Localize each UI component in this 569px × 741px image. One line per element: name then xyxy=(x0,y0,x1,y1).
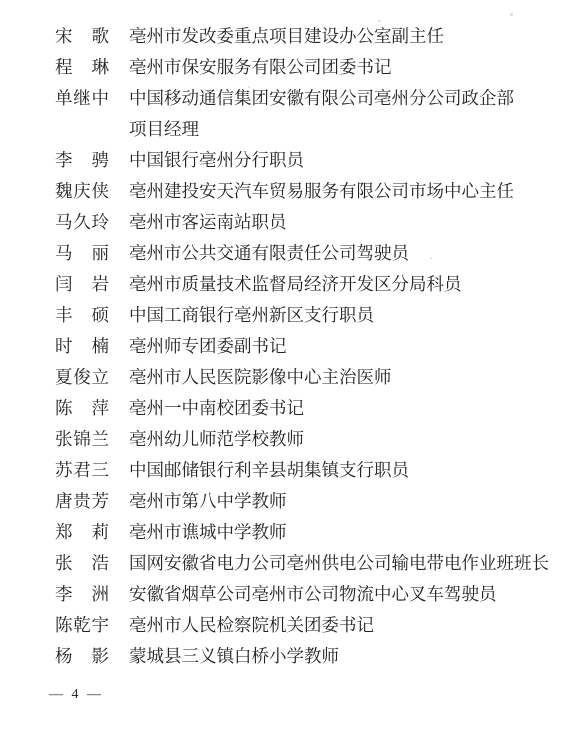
person-title: 亳州幼儿师范学校教师 xyxy=(129,424,559,455)
person-title: 中国邮储银行利辛县胡集镇支行职员 xyxy=(129,455,559,486)
person-title: 亳州市公共交通有限责任公司驾驶员 xyxy=(129,238,559,269)
scan-speckle xyxy=(510,13,513,16)
person-name: 陈萍 xyxy=(55,393,109,424)
person-name: 李骋 xyxy=(55,145,109,176)
person-title: 亳州市保安服务有限公司团委书记 xyxy=(129,52,559,83)
person-name: 程琳 xyxy=(55,52,109,83)
roster-row: 宋歌 亳州市发改委重点项目建设办公室副主任 xyxy=(55,21,569,52)
person-title: 中国银行亳州分行职员 xyxy=(129,145,559,176)
roster-row: 闫岩 亳州市质量技术监督局经济开发区分局科员 xyxy=(55,269,569,300)
document-page: 宋歌 亳州市发改委重点项目建设办公室副主任 程琳 亳州市保安服务有限公司团委书记… xyxy=(0,0,569,703)
roster-row: 张浩 国网安徽省电力公司亳州供电公司输电带电作业班班长 xyxy=(55,548,569,579)
person-title: 亳州市谯城中学教师 xyxy=(129,517,559,548)
person-name: 张锦兰 xyxy=(55,424,109,455)
person-title: 亳州市人民医院影像中心主治医师 xyxy=(129,362,559,393)
person-name: 杨影 xyxy=(55,641,109,672)
roster-row: 苏君三 中国邮储银行利辛县胡集镇支行职员 xyxy=(55,455,569,486)
person-title: 亳州师专团委副书记 xyxy=(129,331,559,362)
roster-row: 郑莉 亳州市谯城中学教师 xyxy=(55,517,569,548)
roster-row: 张锦兰 亳州幼儿师范学校教师 xyxy=(55,424,569,455)
person-name: 苏君三 xyxy=(55,455,109,486)
person-name: 宋歌 xyxy=(55,21,109,52)
person-name: 郑莉 xyxy=(55,517,109,548)
roster-row: 马久玲 亳州市客运南站职员 xyxy=(55,207,569,238)
roster-row: 程琳 亳州市保安服务有限公司团委书记 xyxy=(55,52,569,83)
scan-speckle xyxy=(430,257,432,259)
scan-speckle xyxy=(140,346,142,348)
person-title: 亳州市客运南站职员 xyxy=(129,207,559,238)
person-name: 夏俊立 xyxy=(55,362,109,393)
roster-row: 单继中 中国移动通信集团安徽有限公司亳州分公司政企部 项目经理 xyxy=(55,83,569,145)
roster-row: 魏庆侠 亳州建投安天汽车贸易服务有限公司市场中心主任 xyxy=(55,176,569,207)
person-title: 亳州市质量技术监督局经济开发区分局科员 xyxy=(129,269,559,300)
roster-row: 唐贵芳 亳州市第八中学教师 xyxy=(55,486,569,517)
person-title: 亳州市人民检察院机关团委书记 xyxy=(129,610,559,641)
roster-row: 丰硕 中国工商银行亳州新区支行职员 xyxy=(55,300,569,331)
roster-row: 马丽 亳州市公共交通有限责任公司驾驶员 xyxy=(55,238,569,269)
person-name: 闫岩 xyxy=(55,269,109,300)
scan-speckle xyxy=(378,20,381,22)
person-title: 亳州建投安天汽车贸易服务有限公司市场中心主任 xyxy=(129,176,559,207)
roster-row: 夏俊立 亳州市人民医院影像中心主治医师 xyxy=(55,362,569,393)
person-title: 安徽省烟草公司亳州市公司物流中心叉车驾驶员 xyxy=(129,579,559,610)
person-title: 亳州一中南校团委书记 xyxy=(129,393,559,424)
roster-row: 李洲 安徽省烟草公司亳州市公司物流中心叉车驾驶员 xyxy=(55,579,569,610)
roster-row: 李骋 中国银行亳州分行职员 xyxy=(55,145,569,176)
person-title: 亳州市发改委重点项目建设办公室副主任 xyxy=(129,21,559,52)
person-name: 李洲 xyxy=(55,579,109,610)
person-title: 亳州市第八中学教师 xyxy=(129,486,559,517)
roster-list: 宋歌 亳州市发改委重点项目建设办公室副主任 程琳 亳州市保安服务有限公司团委书记… xyxy=(55,21,569,672)
roster-row: 陈萍 亳州一中南校团委书记 xyxy=(55,393,569,424)
person-name: 丰硕 xyxy=(55,300,109,331)
person-title: 蒙城县三义镇白桥小学教师 xyxy=(129,641,559,672)
roster-row: 陈乾宇 亳州市人民检察院机关团委书记 xyxy=(55,610,569,641)
person-name: 陈乾宇 xyxy=(55,610,109,641)
page-number: — 4 — xyxy=(49,687,569,703)
person-title: 中国移动通信集团安徽有限公司亳州分公司政企部 项目经理 xyxy=(129,83,559,145)
person-name: 张浩 xyxy=(55,548,109,579)
person-name: 唐贵芳 xyxy=(55,486,109,517)
person-title: 国网安徽省电力公司亳州供电公司输电带电作业班班长 xyxy=(129,548,559,579)
person-title: 中国工商银行亳州新区支行职员 xyxy=(129,300,559,331)
person-name: 时楠 xyxy=(55,331,109,362)
roster-row: 时楠 亳州师专团委副书记 xyxy=(55,331,569,362)
person-name: 单继中 xyxy=(55,83,109,114)
roster-row: 杨影 蒙城县三义镇白桥小学教师 xyxy=(55,641,569,672)
person-name: 马久玲 xyxy=(55,207,109,238)
scan-speckle xyxy=(248,86,250,88)
person-name: 马丽 xyxy=(55,238,109,269)
person-name: 魏庆侠 xyxy=(55,176,109,207)
